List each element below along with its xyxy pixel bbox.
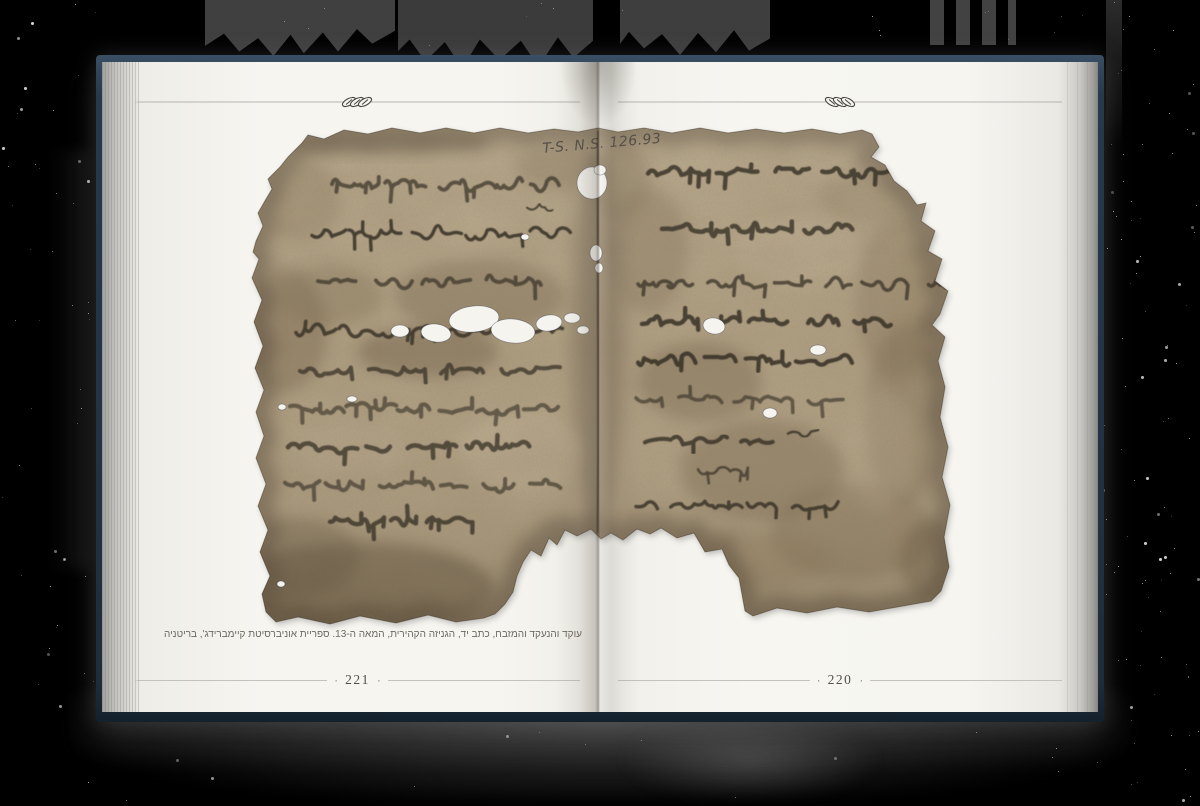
footer-rule bbox=[870, 680, 1062, 681]
page-footer-left: · 221 · bbox=[135, 672, 580, 688]
background-noise bbox=[0, 0, 1, 1]
shadow-artifact bbox=[205, 0, 395, 56]
page-number-right: 220 bbox=[828, 672, 853, 688]
footer-rule bbox=[135, 680, 327, 681]
shadow-artifact bbox=[930, 0, 1016, 45]
page-stack-right-edge bbox=[1058, 62, 1098, 712]
page-stack-left-edge bbox=[102, 62, 140, 712]
shadow-artifact bbox=[1106, 0, 1122, 150]
page-footer-right: · 220 · bbox=[618, 672, 1062, 688]
gutter-top-shadow bbox=[560, 62, 636, 126]
manuscript-caption: עוקד והנעקד והמזבח, כתב יד, הגניזה הקהיר… bbox=[138, 628, 582, 641]
footer-dot: · bbox=[817, 674, 821, 686]
rope-twist-ornament bbox=[618, 94, 1062, 110]
book: עוקד והנעקד והמזבח, כתב יד, הגניזה הקהיר… bbox=[96, 55, 1104, 722]
page-left: עוקד והנעקד והמזבח, כתב יד, הגניזה הקהיר… bbox=[102, 62, 598, 712]
shadow-smudge bbox=[52, 150, 88, 570]
footer-dot: · bbox=[859, 674, 863, 686]
footer-dot: · bbox=[334, 674, 338, 686]
footer-rule bbox=[388, 680, 580, 681]
shadow-artifact bbox=[620, 0, 770, 55]
rope-twist-ornament bbox=[135, 94, 580, 110]
page-right: · 220 · bbox=[598, 62, 1098, 712]
book-photo-scene: עוקד והנעקד והמזבח, כתב יד, הגניזה הקהיר… bbox=[0, 0, 1200, 806]
book-shadow bbox=[620, 720, 880, 800]
footer-rule bbox=[618, 680, 810, 681]
page-number-left: 221 bbox=[345, 672, 370, 688]
footer-dot: · bbox=[377, 674, 381, 686]
page-spread: עוקד והנעקד והמזבח, כתב יד, הגניזה הקהיר… bbox=[102, 62, 1098, 712]
